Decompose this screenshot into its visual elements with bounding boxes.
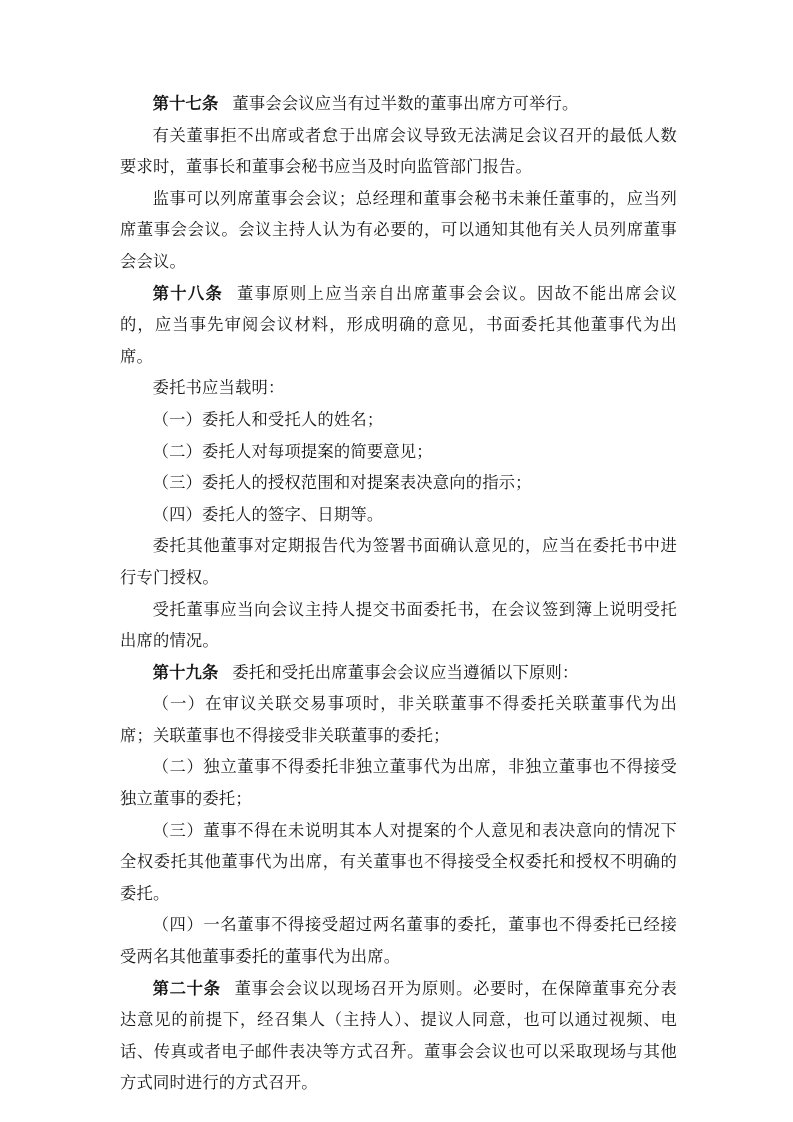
paragraph-text: （三）董事不得在未说明其本人对提案的个人意见和表决意向的情况下全权委托其他董事代… — [120, 821, 677, 903]
paragraph: 受托董事应当向会议主持人提交书面委托书，在会议签到簿上说明受托出席的情况。 — [120, 594, 677, 657]
paragraph-text: （四）委托人的签字、日期等。 — [153, 505, 384, 524]
document-page: 第十七条董事会会议应当有过半数的董事出席方可举行。 有关董事拒不出席或者怠于出席… — [0, 0, 793, 1122]
paragraph: 委托书应当载明： — [120, 372, 677, 404]
paragraph: （二）委托人对每项提案的简要意见； — [120, 436, 677, 468]
paragraph-text: （二）委托人对每项提案的简要意见； — [153, 442, 433, 461]
paragraph-text: 委托书应当载明： — [153, 378, 285, 397]
paragraph-text: 委托和受托出席董事会会议应当遵循以下原则： — [232, 663, 578, 682]
paragraph: 监事可以列席董事会会议；总经理和董事会秘书未兼任董事的，应当列席董事会会议。会议… — [120, 183, 677, 278]
paragraph: （二）独立董事不得委托非独立董事代为出席，非独立董事也不得接受独立董事的委托； — [120, 751, 677, 814]
paragraph: 第十九条委托和受托出席董事会会议应当遵循以下原则： — [120, 657, 677, 689]
paragraph: 委托其他董事对定期报告代为签署书面确认意见的，应当在委托书中进行专门授权。 — [120, 530, 677, 593]
article-number: 第十九条 — [153, 663, 219, 682]
paragraph-text: 董事会会议应当有过半数的董事出席方可举行。 — [232, 94, 578, 113]
paragraph-text: 有关董事拒不出席或者怠于出席会议导致无法满足会议召开的最低人数要求时，董事长和董… — [120, 126, 677, 177]
article-number: 第二十条 — [153, 979, 221, 998]
paragraph: （一）在审议关联交易事项时，非关联董事不得委托关联董事代为出席；关联董事也不得接… — [120, 688, 677, 751]
paragraph-text: 监事可以列席董事会会议；总经理和董事会秘书未兼任董事的，应当列席董事会会议。会议… — [120, 189, 677, 271]
paragraph-text: （一）在审议关联交易事项时，非关联董事不得委托关联董事代为出席；关联董事也不得接… — [120, 694, 677, 745]
paragraph: （四）委托人的签字、日期等。 — [120, 499, 677, 531]
document-body: 第十七条董事会会议应当有过半数的董事出席方可举行。 有关董事拒不出席或者怠于出席… — [120, 88, 677, 1099]
article-number: 第十七条 — [153, 94, 219, 113]
paragraph: 有关董事拒不出席或者怠于出席会议导致无法满足会议召开的最低人数要求时，董事长和董… — [120, 120, 677, 183]
paragraph-text: （一）委托人和受托人的姓名； — [153, 410, 384, 429]
paragraph: 第十七条董事会会议应当有过半数的董事出席方可举行。 — [120, 88, 677, 120]
paragraph-text: 委托其他董事对定期报告代为签署书面确认意见的，应当在委托书中进行专门授权。 — [120, 536, 677, 587]
paragraph: 第十八条董事原则上应当亲自出席董事会会议。因故不能出席会议的，应当事先审阅会议材… — [120, 278, 677, 373]
article-number: 第十八条 — [153, 284, 224, 303]
page-number: 5 — [393, 1038, 400, 1053]
paragraph-text: 受托董事应当向会议主持人提交书面委托书，在会议签到簿上说明受托出席的情况。 — [120, 600, 677, 651]
paragraph: （三）委托人的授权范围和对提案表决意向的指示； — [120, 467, 677, 499]
paragraph: （一）委托人和受托人的姓名； — [120, 404, 677, 436]
paragraph: 第二十条董事会会议以现场召开为原则。必要时，在保障董事充分表达意见的前提下，经召… — [120, 973, 677, 1099]
paragraph-text: （二）独立董事不得委托非独立董事代为出席，非独立董事也不得接受独立董事的委托； — [120, 757, 677, 808]
paragraph: （四）一名董事不得接受超过两名董事的委托，董事也不得委托已经接受两名其他董事委托… — [120, 909, 677, 972]
paragraph-text: （三）委托人的授权范围和对提案表决意向的指示； — [153, 473, 532, 492]
paragraph: （三）董事不得在未说明其本人对提案的个人意见和表决意向的情况下全权委托其他董事代… — [120, 815, 677, 910]
paragraph-text: （四）一名董事不得接受超过两名董事的委托，董事也不得委托已经接受两名其他董事委托… — [120, 915, 677, 966]
page-footer: 5 — [0, 1038, 793, 1054]
